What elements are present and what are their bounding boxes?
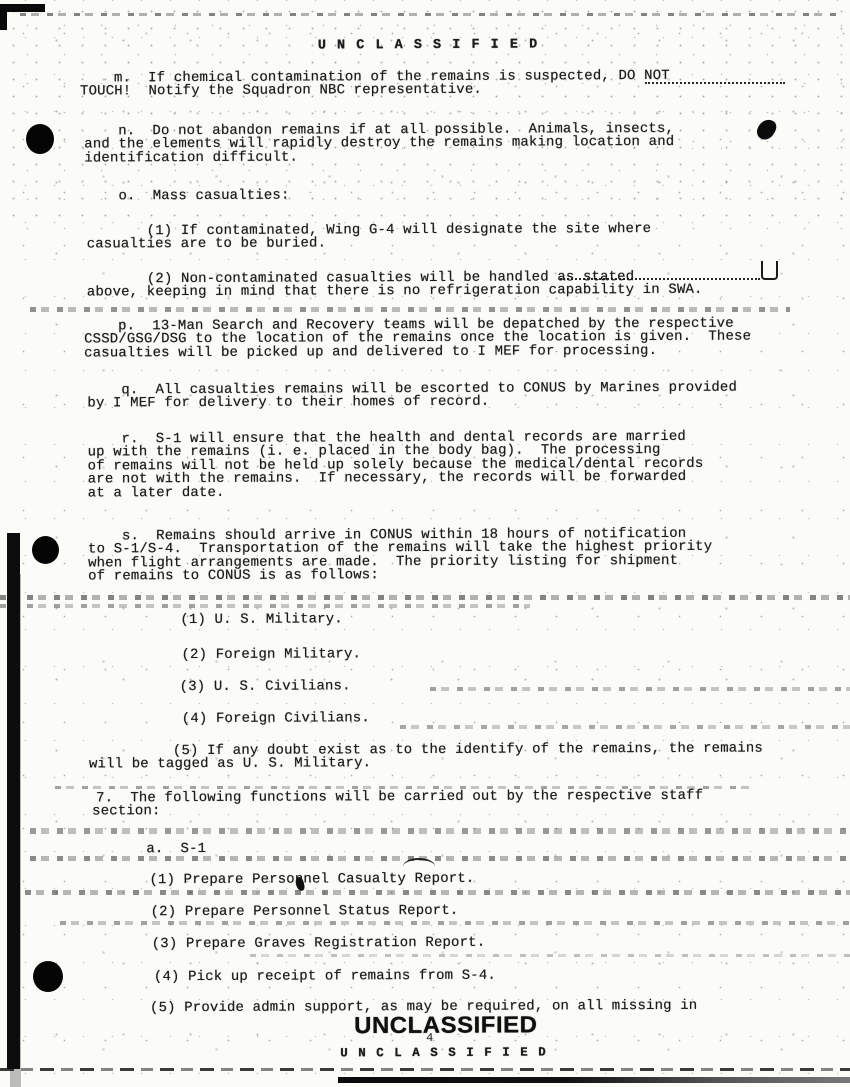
priority-item-3: (3) U. S. Civilians. [180, 680, 351, 694]
staff-item-4: (4) Pick up receipt of remains from S-4. [154, 970, 496, 985]
text-layer: U N C L A S S I F I E D m. If chemical c… [0, 0, 850, 1087]
footer-stamp-unclassified: UNCLASSIFIED [354, 1012, 537, 1040]
priority-item-4: (4) Foreign Civilians. [182, 712, 370, 726]
para-o1: (1) If contaminated, Wing G-4 will desig… [87, 223, 652, 252]
scanned-document-page: U N C L A S S I F I E D m. If chemical c… [0, 0, 850, 1087]
para-o: o. Mass casualties: [84, 190, 289, 204]
staff-item-2: (2) Prepare Personnel Status Report. [151, 905, 459, 920]
para-p: p. 13-Man Search and Recovery teams will… [84, 318, 751, 361]
para-r: r. S-1 will ensure that the health and d… [88, 431, 704, 501]
para-s5: (5) If any doubt exist as to the identif… [89, 743, 763, 773]
para-q: q. All casualties remains will be escort… [87, 382, 737, 412]
staff-item-1: (1) Prepare Personnel Casualty Report. [149, 873, 474, 888]
page-number: 4 [426, 1031, 433, 1045]
staff-item-3: (3) Prepare Graves Registration Report. [152, 937, 486, 952]
para-a-s1: a. S-1 [146, 843, 206, 857]
footer-classification: U N C L A S S I F I E D [340, 1045, 547, 1060]
para-n: n. Do not abandon remains if at all poss… [84, 123, 674, 166]
para-m: m. If chemical contamination of the rema… [80, 70, 670, 99]
para-s: s. Remains should arrive in CONUS within… [88, 528, 712, 584]
para-o2: (2) Non-contaminated casualties will be … [87, 271, 703, 300]
priority-item-2: (2) Foreign Military. [181, 648, 361, 662]
header-classification: U N C L A S S I F I E D [318, 37, 539, 53]
priority-item-1: (1) U. S. Military. [180, 613, 343, 627]
para-7: 7. The following functions will be carri… [92, 790, 703, 819]
